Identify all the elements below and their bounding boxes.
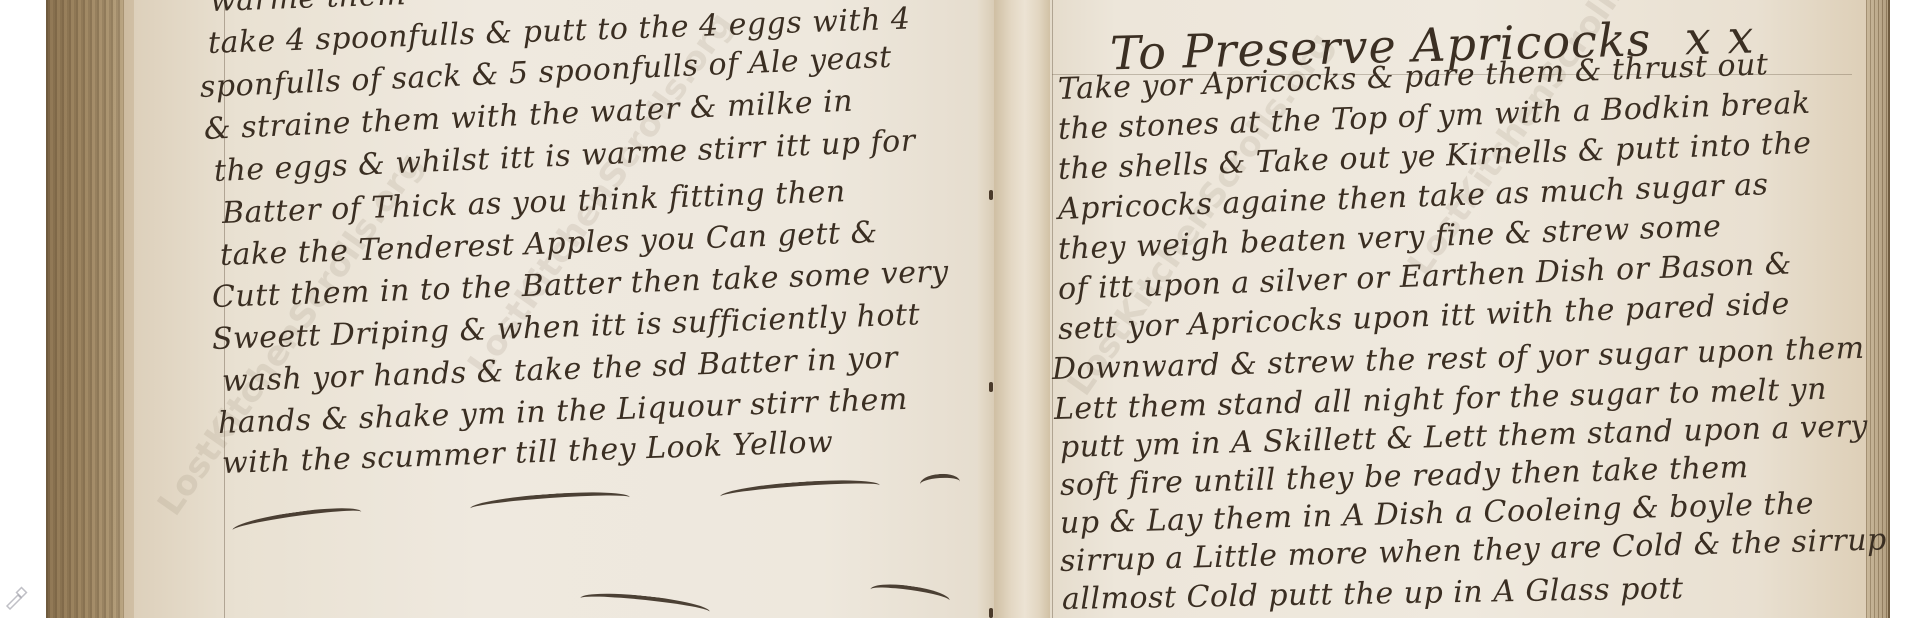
left-page-block-edge xyxy=(46,0,126,618)
left-page-edge xyxy=(978,0,995,618)
binding-stitch xyxy=(989,382,993,392)
binding-stitch xyxy=(989,190,993,200)
book-gutter xyxy=(994,0,1050,618)
watermark-logo-icon xyxy=(4,586,28,610)
binding-stitch xyxy=(989,608,993,618)
manuscript-photo: LostKitchenScrolls.org LostKitchenScroll… xyxy=(0,0,1920,618)
right-margin-rule xyxy=(1052,0,1053,618)
